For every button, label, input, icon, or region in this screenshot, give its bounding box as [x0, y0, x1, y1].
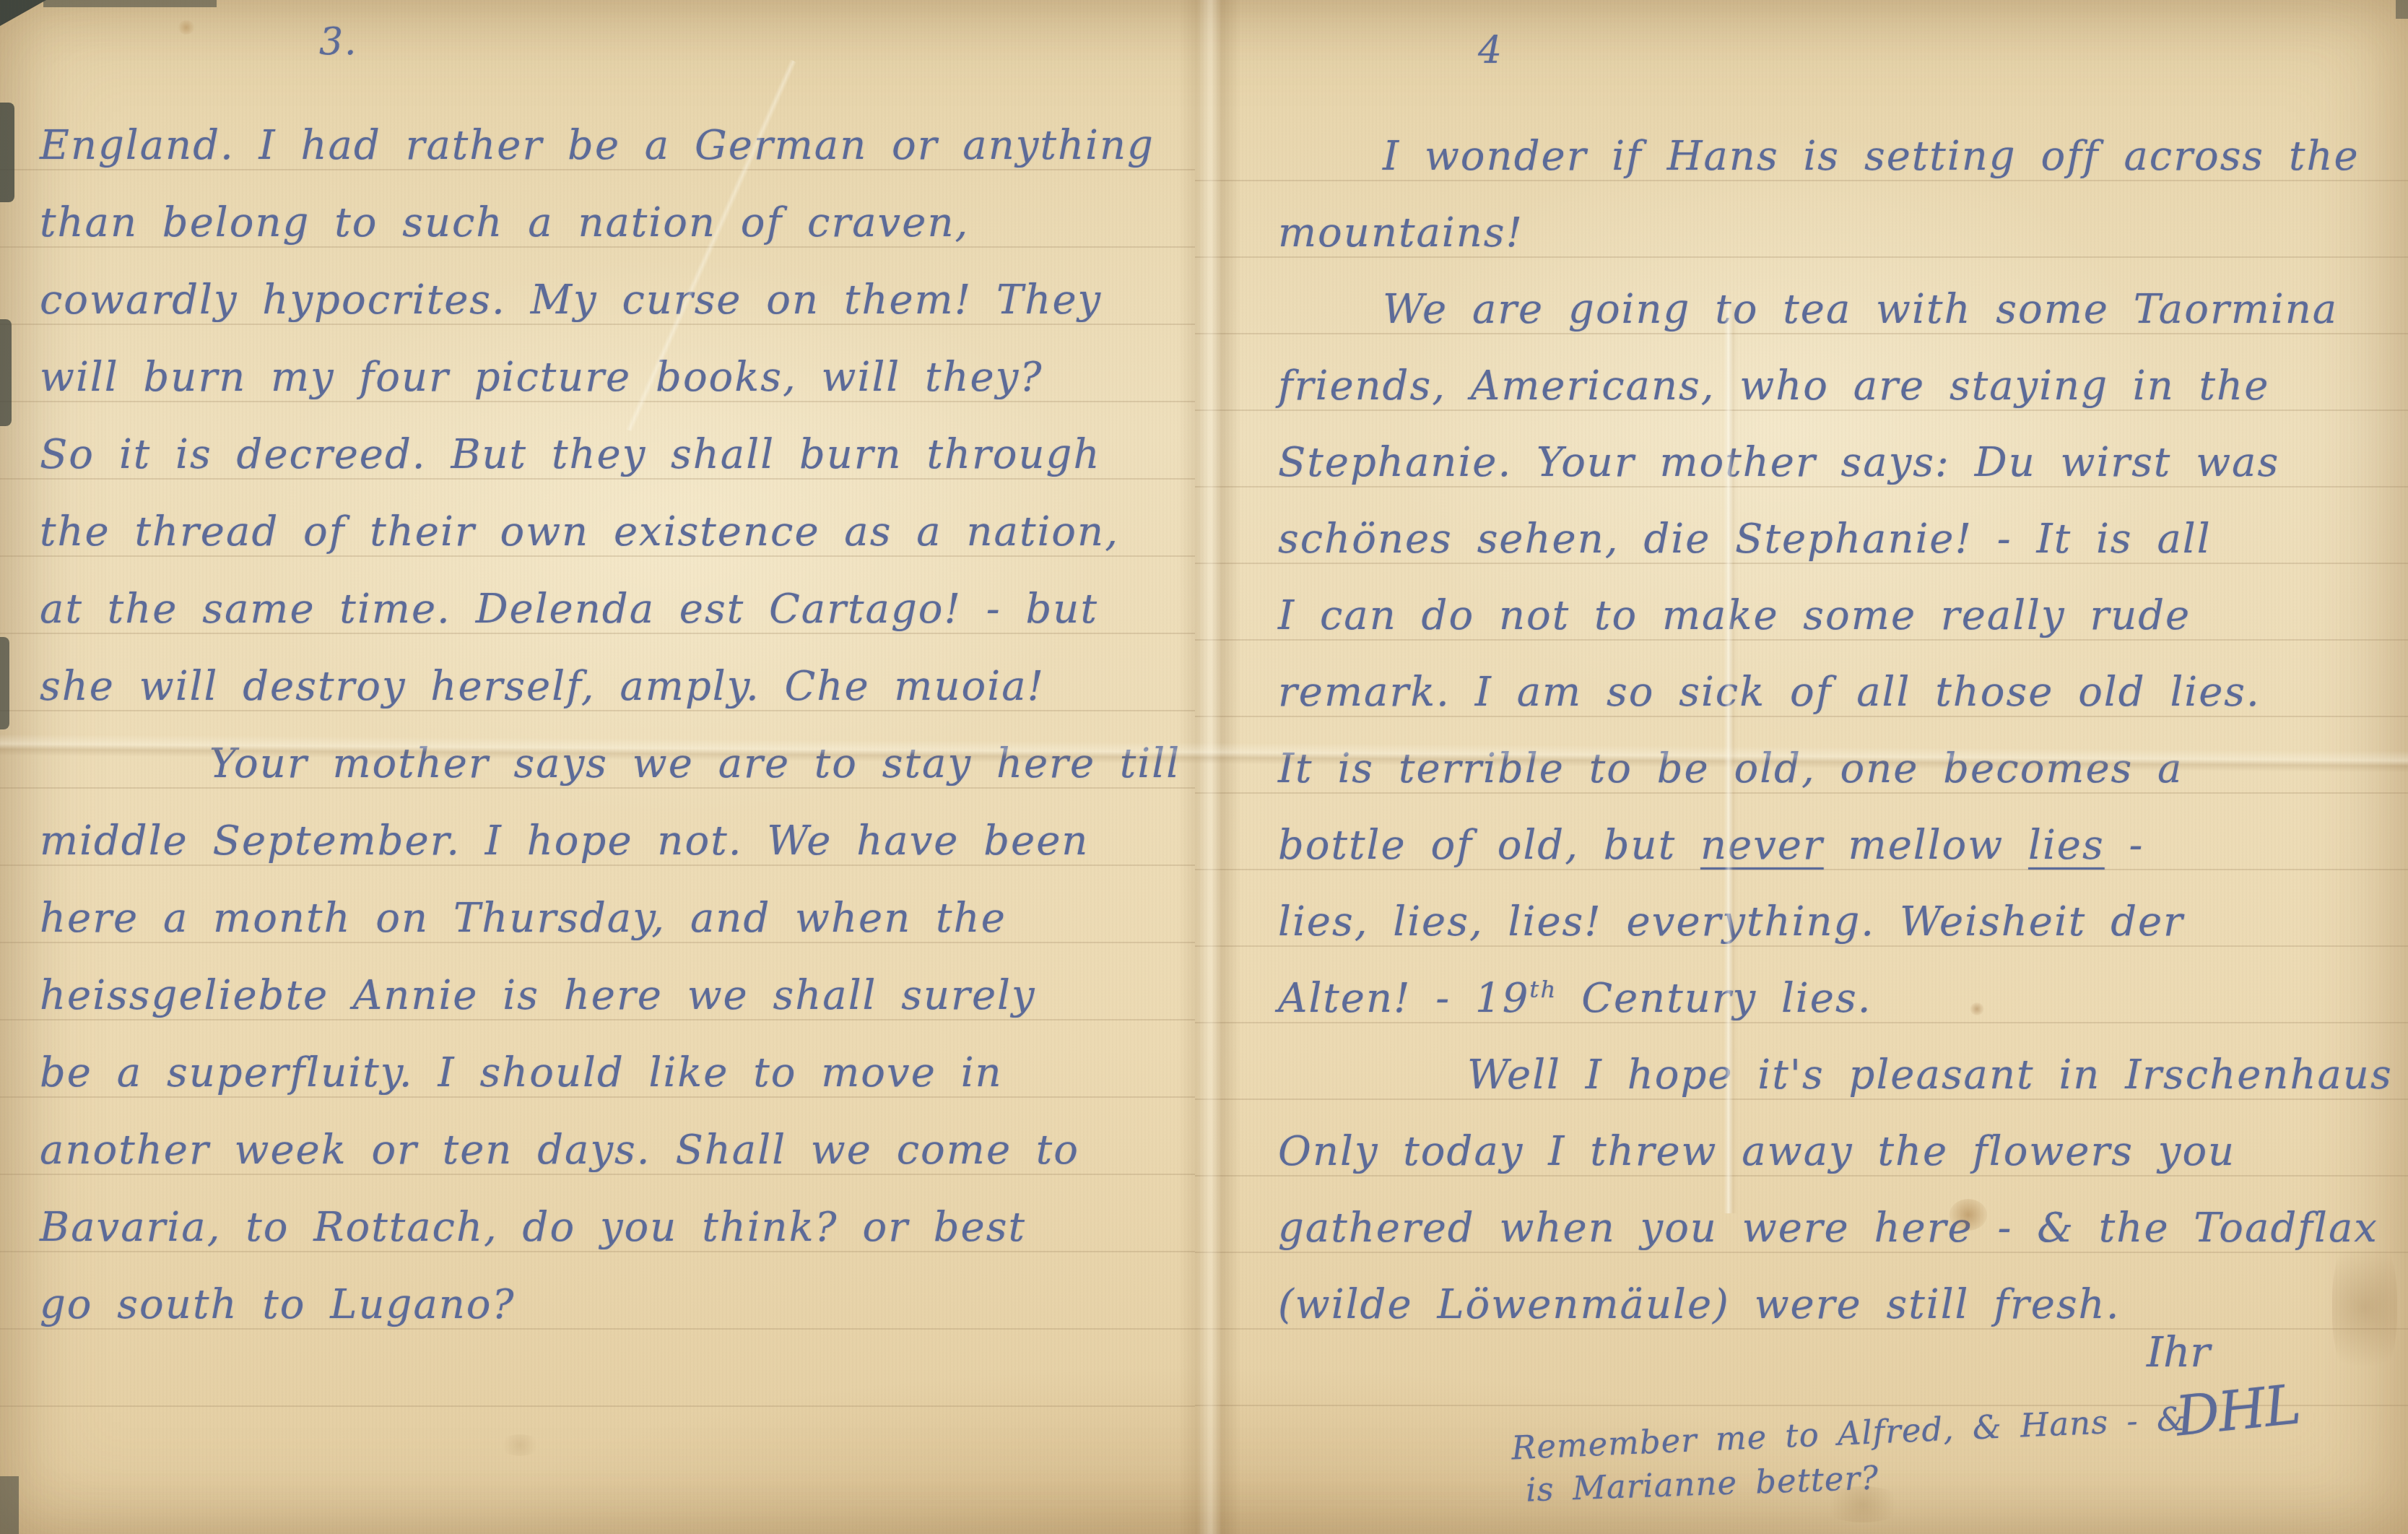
letter-line: Well I hope it's pleasant in Irschenhaus — [1278, 1052, 2393, 1098]
letter-line: another week or ten days. Shall we come … — [40, 1127, 1079, 1174]
paper-fold-crease — [1178, 0, 1240, 1534]
letter-line: Alten! - 19th Century lies. — [1278, 976, 1872, 1022]
page-number-3: 3. — [319, 20, 358, 64]
letter-line: will burn my four picture books, will th… — [40, 355, 1043, 401]
scanner-edge — [0, 1476, 19, 1534]
page-number-4: 4 — [1478, 29, 1503, 72]
letter-line: gathered when you were here - & the Toad… — [1278, 1205, 2378, 1252]
letter-line: middle September. I hope not. We have be… — [40, 818, 1089, 864]
letter-line: be a superfluity. I should like to move … — [40, 1050, 1003, 1096]
letter-line: schönes sehen, die Stephanie! - It is al… — [1278, 516, 2212, 563]
letter-line: bottle of old, but never mellow lies - — [1278, 823, 2144, 869]
letter-line: she will destroy herself, amply. Che muo… — [40, 664, 1045, 710]
scanner-edge — [43, 0, 217, 7]
letter-line: I wonder if Hans is setting off across t… — [1278, 134, 2360, 180]
paper-stain — [1950, 1199, 1987, 1231]
letter-line: Only today I threw away the flowers you — [1278, 1129, 2235, 1175]
letter-page-3: 3. England. I had rather be a German or … — [0, 0, 1195, 1534]
letter-line: (wilde Löwenmäule) were still fresh. — [1278, 1282, 2121, 1328]
paper-stain — [2332, 1228, 2397, 1387]
letter-line: So it is decreed. But they shall burn th… — [40, 432, 1100, 478]
letter-line: here a month on Thursday, and when the — [40, 896, 1007, 942]
letter-line: friends, Americans, who are staying in t… — [1278, 363, 2269, 409]
closing-word: Ihr — [2147, 1327, 2210, 1377]
postscript-line: Remember me to Alfred, & Hans - & — [1511, 1400, 2187, 1468]
paper-stain — [1970, 1002, 1984, 1015]
scanner-edge — [2396, 0, 2408, 19]
letter-line: than belong to such a nation of craven, — [40, 200, 969, 246]
paper-stain — [1820, 1486, 1906, 1522]
letter-line: Stephanie. Your mother says: Du wirst wa… — [1278, 440, 2279, 486]
signature-initials: DHL — [2173, 1371, 2303, 1448]
scanner-edge — [0, 319, 12, 426]
letter-line: heissgeliebte Annie is here we shall sur… — [40, 973, 1036, 1019]
vertical-crease — [1724, 303, 1737, 1213]
scanner-edge — [0, 637, 9, 729]
letter-line: remark. I am so sick of all those old li… — [1278, 669, 2261, 716]
letter-line: England. I had rather be a German or any… — [40, 123, 1155, 169]
letter-scan: 3. England. I had rather be a German or … — [0, 0, 2408, 1534]
letter-line: We are going to tea with some Taormina — [1278, 287, 2338, 333]
paper-stain — [498, 1434, 542, 1456]
paper-stain — [178, 20, 195, 35]
letter-line: go south to Lugano? — [40, 1282, 516, 1328]
letter-line: cowardly hypocrites. My curse on them! T… — [40, 277, 1102, 324]
letter-line: Bavaria, to Rottach, do you think? or be… — [40, 1205, 1026, 1251]
scanner-edge — [0, 103, 14, 202]
letter-line: the thread of their own existence as a n… — [40, 509, 1119, 555]
letter-line: at the same time. Delenda est Cartago! -… — [40, 586, 1098, 633]
letter-line: mountains! — [1278, 210, 1524, 256]
